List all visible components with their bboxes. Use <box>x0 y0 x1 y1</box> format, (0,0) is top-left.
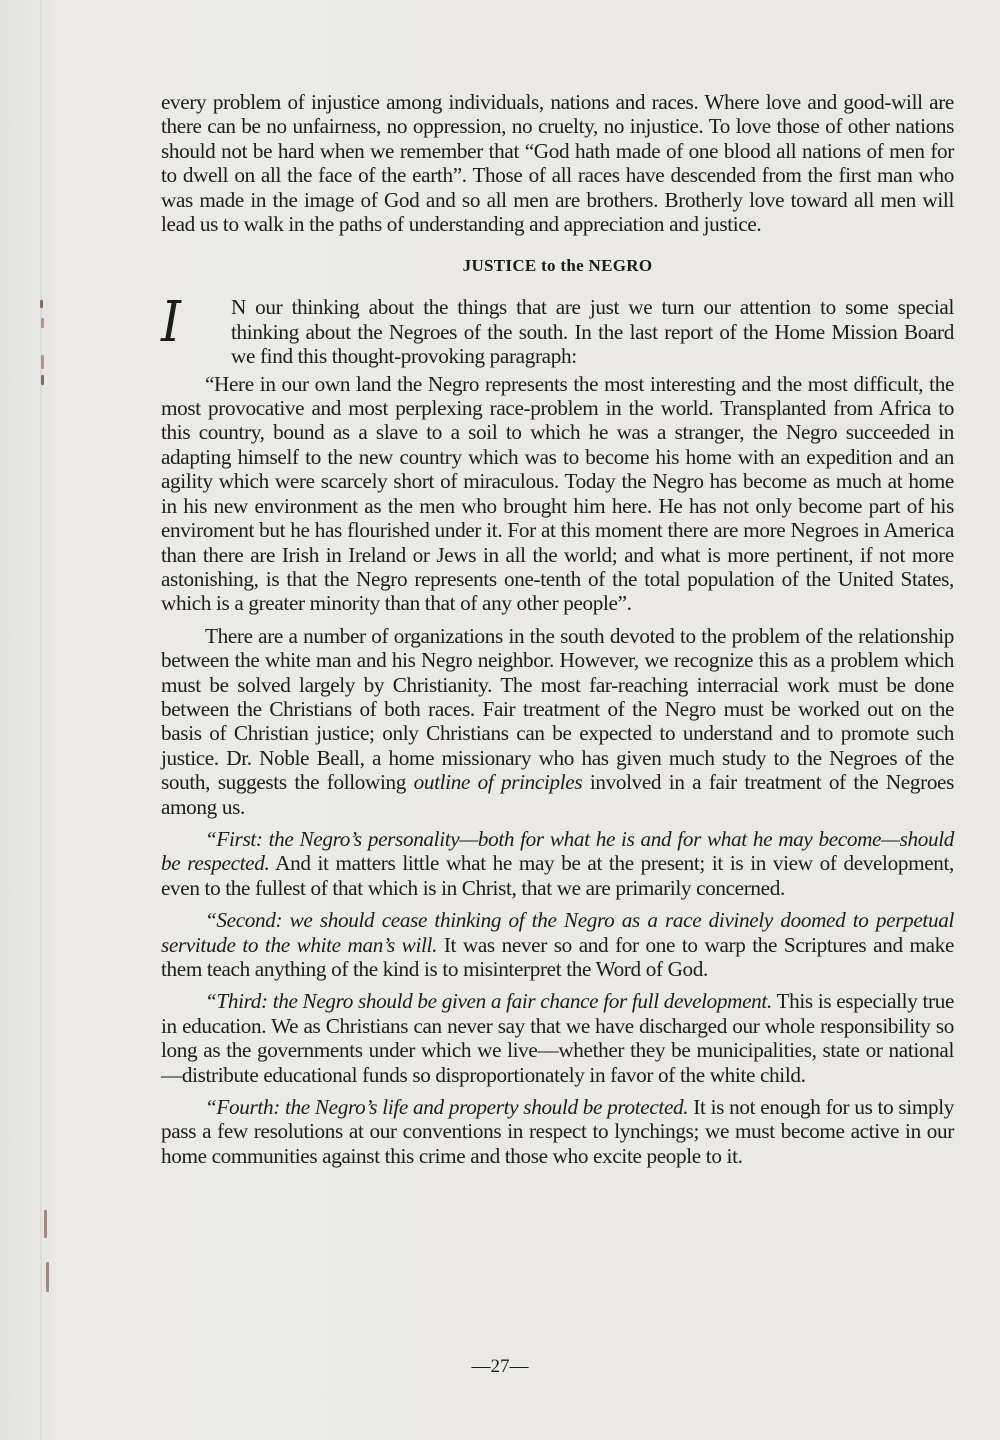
binding-mark <box>41 318 44 328</box>
outline-of-principles-emphasis: outline of principles <box>414 770 583 794</box>
quoted-paragraph: “Here in our own land the Negro represen… <box>161 372 954 616</box>
principle-fourth: “Fourth: the Negro’s life and property s… <box>161 1095 954 1168</box>
scanned-page: every problem of injustice among individ… <box>0 0 1000 1440</box>
document-body: every problem of injustice among individ… <box>161 90 954 1168</box>
opening-paragraph: IN our thinking about the things that ar… <box>161 295 954 368</box>
page-fold-shadow <box>40 0 42 1440</box>
binding-mark <box>41 355 44 369</box>
organizations-text: There are a number of organizations in t… <box>161 624 954 794</box>
section-heading: JUSTICE to the NEGRO <box>161 255 954 277</box>
intro-paragraph: every problem of injustice among individ… <box>161 90 954 236</box>
principle-title: “Fourth: the Negro’s life and property s… <box>205 1095 688 1119</box>
organizations-paragraph: There are a number of organizations in t… <box>161 624 954 819</box>
principle-first: “First: the Negro’s personality—both for… <box>161 827 954 900</box>
binding-mark <box>40 300 43 308</box>
principle-text: And it matters little what he may be at … <box>161 851 954 899</box>
principle-second: “Second: we should cease thinking of the… <box>161 908 954 981</box>
principle-title: “Third: the Negro should be given a fair… <box>205 989 772 1013</box>
binding-mark <box>41 375 44 385</box>
drop-cap: I <box>161 297 223 349</box>
binding-mark <box>44 1210 47 1238</box>
opening-text: N our thinking about the things that are… <box>231 295 954 368</box>
binding-mark <box>46 1262 49 1292</box>
page-number: —27— <box>0 1356 1000 1378</box>
principle-third: “Third: the Negro should be given a fair… <box>161 989 954 1087</box>
